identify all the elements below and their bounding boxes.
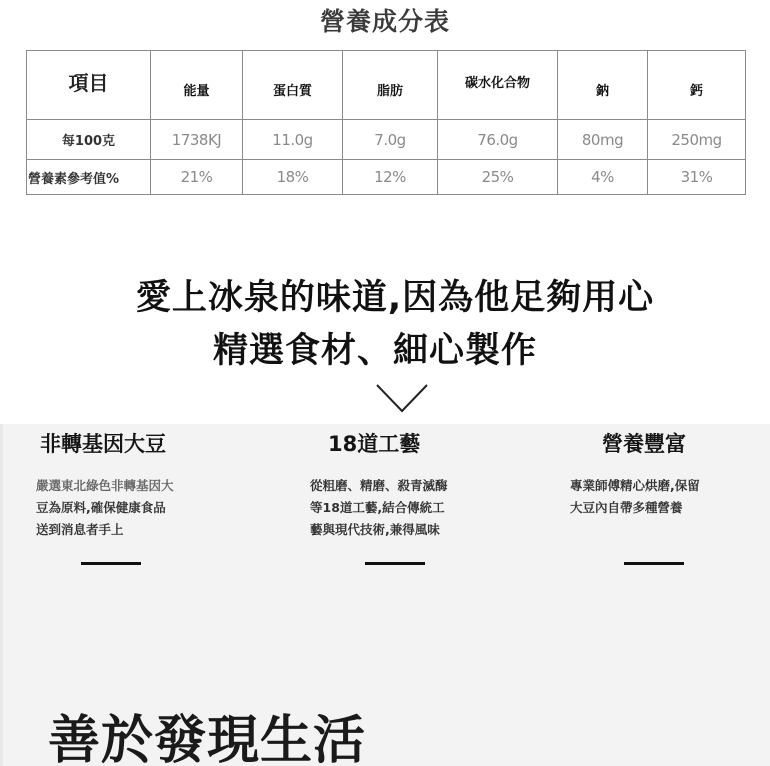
feature-divider (365, 562, 425, 565)
header-item: 項目 (27, 51, 151, 120)
cell-protein-nrv: 18% (243, 160, 343, 195)
feature-divider (624, 562, 684, 565)
slogan-line-1: 愛上冰泉的味道,因為他足夠用心 (0, 270, 770, 320)
feature-desc-line: 大豆內自帶多種營養 (570, 497, 700, 519)
cell-calcium: 250mg (648, 120, 746, 160)
feature-desc-line: 豆為原料,確保健康食品 (36, 497, 174, 519)
feature-divider (81, 562, 141, 565)
header-carbohydrate: 碳水化合物 (438, 51, 558, 120)
header-protein: 蛋白質 (243, 51, 343, 120)
cell-protein: 11.0g (243, 120, 343, 160)
feature-desc-18-processes: 從粗磨、精磨、殺青滅酶 等18道工藝,結合傳統工 藝與現代技術,兼得風味 (310, 475, 448, 541)
header-sodium: 鈉 (558, 51, 648, 120)
table-header-row: 項目 能量 蛋白質 脂肪 碳水化合物 鈉 鈣 (27, 51, 746, 120)
slogan-line-2: 精選食材、細心製作 (0, 323, 760, 373)
cell-fat-nrv: 12% (343, 160, 438, 195)
chevron-down-icon[interactable] (374, 380, 430, 416)
cell-calcium-nrv: 31% (648, 160, 746, 195)
row-label-per-100g: 每100克 (27, 120, 151, 160)
cell-energy-nrv: 21% (151, 160, 243, 195)
feature-title-rich-nutrition: 營養豐富 (602, 428, 686, 458)
feature-desc-non-gmo: 嚴選東北綠色非轉基因大 豆為原料,確保健康食品 送到消息者手上 (36, 475, 174, 541)
cell-carbohydrate: 76.0g (438, 120, 558, 160)
header-fat: 脂肪 (343, 51, 438, 120)
nutrition-table: 項目 能量 蛋白質 脂肪 碳水化合物 鈉 鈣 每100克 1738KJ 11.0… (26, 50, 746, 195)
cell-fat: 7.0g (343, 120, 438, 160)
feature-desc-rich-nutrition: 專業師傅精心烘磨,保留 大豆內自帶多種營養 (570, 475, 700, 519)
feature-desc-line: 送到消息者手上 (36, 519, 174, 541)
cell-energy: 1738KJ (151, 120, 243, 160)
feature-title-18-processes: 18道工藝 (328, 428, 420, 458)
bottom-heading: 善於發現生活 (48, 698, 366, 766)
feature-title-non-gmo: 非轉基因大豆 (40, 428, 166, 458)
cell-sodium: 80mg (558, 120, 648, 160)
header-energy: 能量 (151, 51, 243, 120)
header-calcium: 鈣 (648, 51, 746, 120)
feature-desc-line: 嚴選東北綠色非轉基因大 (36, 475, 174, 497)
row-label-nrv: 營養素參考值% (27, 160, 151, 195)
feature-desc-line: 從粗磨、精磨、殺青滅酶 (310, 475, 448, 497)
feature-desc-line: 等18道工藝,結合傳統工 (310, 497, 448, 519)
table-row: 營養素參考值% 21% 18% 12% 25% 4% 31% (27, 160, 746, 195)
feature-desc-line: 專業師傅精心烘磨,保留 (570, 475, 700, 497)
cell-sodium-nrv: 4% (558, 160, 648, 195)
nutrition-table-title: 營養成分表 (0, 2, 770, 38)
cell-carbohydrate-nrv: 25% (438, 160, 558, 195)
feature-desc-line: 藝與現代技術,兼得風味 (310, 519, 448, 541)
table-row: 每100克 1738KJ 11.0g 7.0g 76.0g 80mg 250mg (27, 120, 746, 160)
